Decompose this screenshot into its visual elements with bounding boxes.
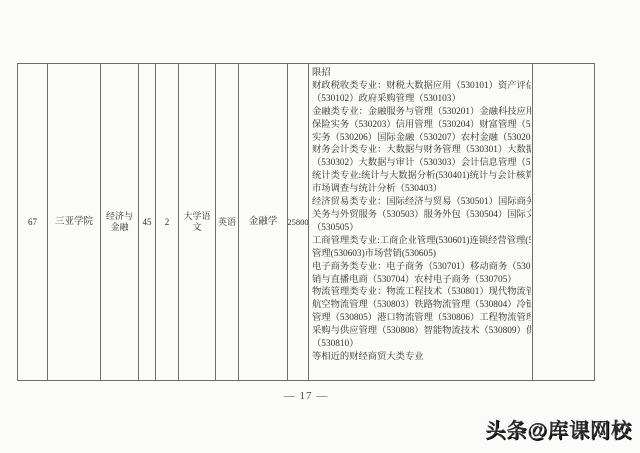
requirement-line: （530102）政府采购管理（530103） [312, 93, 531, 106]
cell-remark-empty [533, 64, 594, 380]
requirement-line: 财务会计类专业：大数据与财务管理（530301）大数据与会计 [312, 144, 531, 157]
cell-tuition: 25800 [288, 64, 309, 380]
requirement-line: 管理（530805）港口物流管理（530806）工程物流管理（530807） [312, 312, 531, 325]
requirement-line: 限招 [312, 67, 531, 80]
requirement-line: （530505） [312, 222, 531, 235]
cell-plan-count: 45 [139, 64, 156, 380]
toutiao-watermark: 头条@库课网校 [485, 414, 632, 443]
requirement-line: 销与直播电商（530704）农村电子商务（530705） [312, 274, 531, 287]
requirement-line: 金融类专业：金融服务与管理（530201）金融科技应用（530202） [312, 106, 531, 119]
requirement-line: 经济贸易类专业：国际经济与贸易（530501）国际商务（530502） [312, 196, 531, 209]
requirement-line: 工商管理类专业:工商企业管理(530601)连锁经营管理(530602)商务 [312, 235, 531, 248]
cell-major-requirements: 限招 财政税收类专业：财税大数据应用（530101）资产评估与管理 （53010… [309, 64, 533, 380]
admission-plan-table: 67 三亚学院 经济与金融 45 2 大学语文 英语 金融学 25800 限招 … [17, 63, 595, 381]
requirement-line: 统计类专业:统计与大数据分析(530401)统计与会计核算(530402) [312, 170, 531, 183]
cell-exam-subject-2: 英语 [216, 64, 239, 380]
requirement-line: 物流管理类专业：物流工程技术（530801）现代物流管理（530802） [312, 286, 531, 299]
requirement-line: 市场调查与统计分析（530403） [312, 183, 531, 196]
requirement-line: 关务与外贸服务（530503）服务外包（530504）国际文化贸易 [312, 209, 531, 222]
cell-admit-major: 金融学 [239, 64, 288, 380]
page-number: — 17 — [17, 390, 595, 402]
cell-exam-subject-1: 大学语文 [179, 64, 216, 380]
cell-college-name: 三亚学院 [48, 64, 101, 380]
requirement-line: 保险实务（530203）信用管理（530204）财富管理（530205）证券 [312, 119, 531, 132]
requirement-line: （530302）大数据与审计（530303）会计信息管理（530304） [312, 157, 531, 170]
requirement-line: 管理(530603)市场营销(530605) [312, 248, 531, 261]
requirement-line: 采购与供应管理（530808）智能物流技术（530809）供应链运营 [312, 325, 531, 338]
cell-major-name: 经济与金融 [101, 64, 139, 380]
requirement-line: 电子商务类专业：电子商务（530701）移动商务（530703）网络营 [312, 261, 531, 274]
requirement-line: （530810） [312, 338, 531, 351]
requirement-line: 等相近的财经商贸大类专业 [312, 351, 531, 364]
requirement-line: 实务（530206）国际金融（530207）农村金融（530208） [312, 132, 531, 145]
cell-count2: 2 [156, 64, 179, 380]
cell-seq-number: 67 [18, 64, 48, 380]
requirement-line: 航空物流管理（530803）铁路物流管理（530804）冷链物流技术与 [312, 299, 531, 312]
requirement-line: 财政税收类专业：财税大数据应用（530101）资产评估与管理 [312, 80, 531, 93]
